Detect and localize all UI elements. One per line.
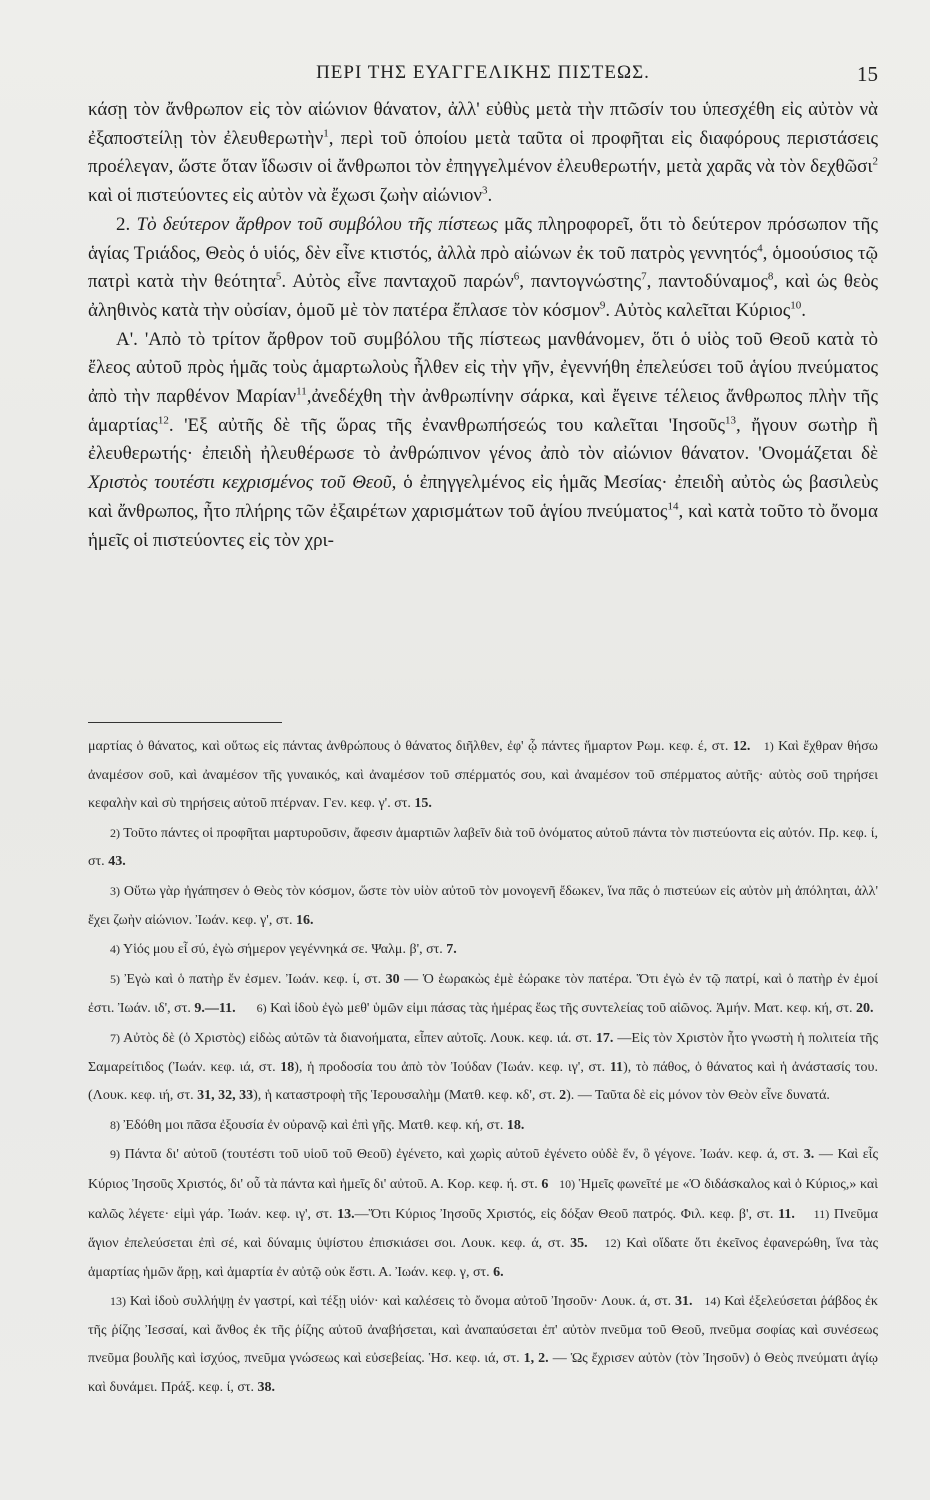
- footnote-13-14: 13) Καὶ ἰδοὺ συλλήψῃ ἐν γαστρί, καὶ τέξῃ…: [88, 1287, 878, 1402]
- footnote-text: μαρτίας ὁ θάνατος, καὶ οὕτως εἰς πάντας …: [88, 739, 733, 754]
- verse-number: 18: [280, 1060, 294, 1075]
- footnote-text: Οὕτω γὰρ ἠγάπησεν ὁ Θεὸς τὸν κόσμον, ὥστ…: [88, 884, 878, 928]
- text-run: . 'Εξ αὐτῆς δὲ τῆς ὥρας τῆς ἐνανθρωπήσεώ…: [169, 415, 725, 436]
- paragraph-continuation: κάσῃ τὸν ἄνθρωπον εἰς τὸν αἰώνιον θάνατο…: [88, 96, 878, 211]
- verse-number: 15.: [414, 796, 432, 811]
- footnote-2: 2) Τοῦτο πάντες οἱ προφῆται μαρτυροῦσιν,…: [88, 819, 878, 877]
- footnote-4: 4) Υἱός μου εἶ σύ, ἐγὼ σήμερον γεγέννηκά…: [88, 935, 878, 965]
- verse-number: 30: [386, 972, 400, 987]
- footnote-marker: 5): [110, 972, 120, 986]
- text-run: , παντοδύναμος: [647, 271, 768, 292]
- verse-number: 11: [610, 1060, 623, 1075]
- page-number: 15: [857, 62, 878, 87]
- footnote-marker: 2): [110, 826, 120, 840]
- footnote-8: 8) Ἐδόθη μοι πᾶσα ἐξουσία ἐν οὐρανῷ καὶ …: [88, 1111, 878, 1141]
- verse-number: 35.: [570, 1236, 588, 1251]
- running-header: ΠΕΡΙ ΤΗΣ ΕΥΑΓΓΕΛΙΚΗΣ ΠΙΣΤΕΩΣ. 15: [88, 62, 878, 90]
- text-run: .: [801, 300, 806, 321]
- footnote-text: Τοῦτο πάντες οἱ προφῆται μαρτυροῦσιν, ἄφ…: [88, 826, 878, 870]
- verse-number: 1, 2.: [524, 1351, 549, 1366]
- footnote-3: 3) Οὕτω γὰρ ἠγάπησεν ὁ Θεὸς τὸν κόσμον, …: [88, 877, 878, 935]
- footnote-text: Ἐδόθη μοι πᾶσα ἐξουσία ἐν οὐρανῷ καὶ ἐπὶ…: [120, 1118, 507, 1133]
- footnotes-section: μαρτίας ὁ θάνατος, καὶ οὕτως εἰς πάντας …: [88, 732, 878, 1403]
- footnote-ref: 10: [790, 300, 801, 312]
- footnote-divider: [88, 722, 282, 723]
- verse-number: 11.: [778, 1207, 795, 1222]
- verse-number: 31, 32, 33: [197, 1088, 253, 1103]
- verse-number: 38.: [258, 1380, 276, 1395]
- footnote-text: ). — Ταῦτα δὲ εἰς μόνον τὸν Θεὸν εἶνε δυ…: [566, 1088, 830, 1103]
- footnote-marker: 1): [764, 739, 774, 753]
- verse-number: 6.: [493, 1265, 504, 1280]
- verse-number: 17.: [596, 1031, 614, 1046]
- footnote-9-10: 9) Πάντα δι' αὐτοῦ (τουτέστι τοῦ υἱοῦ το…: [88, 1140, 878, 1287]
- verse-number: 16.: [296, 913, 314, 928]
- running-title: ΠΕΡΙ ΤΗΣ ΕΥΑΓΓΕΛΙΚΗΣ ΠΙΣΤΕΩΣ.: [88, 62, 878, 84]
- footnote-ref: 11: [296, 386, 307, 398]
- verse-number: 43.: [108, 854, 126, 869]
- verse-number: 7.: [446, 942, 457, 957]
- text-run: .: [487, 185, 492, 206]
- section-number: 2.: [116, 214, 137, 235]
- italic-heading: Τὸ δεύτερον ἄρθρον τοῦ συμβόλου τῆς πίστ…: [137, 214, 498, 235]
- footnote-marker: 6): [257, 1001, 267, 1015]
- verse-number: 6: [541, 1177, 548, 1192]
- footnote-ref: 2: [873, 156, 879, 168]
- verse-number: 9.—11.: [194, 1001, 235, 1016]
- paragraph-third-article: Α'. 'Απὸ τὸ τρίτον ἄρθρον τοῦ συμβόλου τ…: [88, 326, 878, 556]
- footnote-ref: 14: [667, 501, 678, 513]
- text-run: . Αὐτὸς εἶνε πανταχοῦ παρών: [281, 271, 513, 292]
- footnote-marker: 14): [704, 1294, 720, 1308]
- footnote-text: Καὶ ἰδοὺ ἐγὼ μεθ' ὑμῶν εἰμι πάσας τὰς ἡμ…: [267, 1001, 856, 1016]
- text-run: καὶ οἱ πιστεύοντες εἰς αὐτὸν νὰ ἔχωσι ζω…: [88, 185, 482, 206]
- footnote-text: Καὶ ἰδοὺ συλλήψῃ ἐν γαστρί, καὶ τέξῃ υἱό…: [126, 1294, 675, 1309]
- verse-number: 20.: [856, 1001, 874, 1016]
- footnote-text: ), ἡ καταστροφὴ τῆς Ἱερουσαλὴμ (Ματθ. κε…: [253, 1088, 559, 1103]
- footnote-marker: 4): [110, 942, 120, 956]
- italic-term: Χριστὸς τουτέστι κεχρισμένος τοῦ Θεοῦ: [88, 472, 392, 493]
- footnote-marker: 13): [110, 1294, 126, 1308]
- footnote-marker: 12): [605, 1236, 621, 1250]
- footnote-marker: 9): [110, 1147, 120, 1161]
- verse-number: 31.: [675, 1294, 693, 1309]
- footnote-text: Πάντα δι' αὐτοῦ (τουτέστι τοῦ υἱοῦ τοῦ Θ…: [120, 1147, 804, 1162]
- text-run: , παντογνώστης: [519, 271, 641, 292]
- verse-number: 12.: [733, 739, 751, 754]
- footnote-ref: 13: [725, 414, 736, 426]
- text-run: . Αὐτὸς καλεῖται Κύριος: [605, 300, 790, 321]
- footnote-marker: 10): [559, 1177, 575, 1191]
- main-body-text: κάσῃ τὸν ἄνθρωπον εἰς τὸν αἰώνιον θάνατο…: [88, 96, 878, 555]
- verse-number: 18.: [507, 1118, 525, 1133]
- footnote-7: 7) Αὐτὸς δὲ (ὁ Χριστὸς) εἰδὼς αὐτῶν τὰ δ…: [88, 1024, 878, 1111]
- verse-number: 2: [559, 1088, 566, 1103]
- footnote-text: Αὐτὸς δὲ (ὁ Χριστὸς) εἰδὼς αὐτῶν τὰ διαν…: [120, 1031, 596, 1046]
- verse-number: 3.: [804, 1147, 815, 1162]
- verse-number: 13.: [337, 1207, 355, 1222]
- footnote-5-6: 5) Ἐγὼ καὶ ὁ πατὴρ ἕν ἐσμεν. Ἰωάν. κεφ. …: [88, 965, 878, 1024]
- footnote-marker: 11): [814, 1207, 830, 1221]
- footnote-text: Υἱός μου εἶ σύ, ἐγὼ σήμερον γεγέννηκά σε…: [120, 942, 446, 957]
- paragraph-second-article: 2. Τὸ δεύτερον ἄρθρον τοῦ συμβόλου τῆς π…: [88, 211, 878, 326]
- footnote-marker: 7): [110, 1031, 120, 1045]
- footnote-continuation: μαρτίας ὁ θάνατος, καὶ οὕτως εἰς πάντας …: [88, 732, 878, 819]
- footnote-marker: 8): [110, 1118, 120, 1132]
- footnote-text: ), ἡ προδοσία του ἀπὸ τὸν Ἰούδαν (Ἰωάν. …: [294, 1060, 610, 1075]
- footnote-text: —Ὅτι Κύριος Ἰησοῦς Χριστός, εἰς δόξαν Θε…: [355, 1207, 778, 1222]
- footnote-ref: 12: [158, 414, 169, 426]
- footnote-text: Ἐγὼ καὶ ὁ πατὴρ ἕν ἐσμεν. Ἰωάν. κεφ. ί, …: [120, 972, 386, 987]
- scanned-page: ΠΕΡΙ ΤΗΣ ΕΥΑΓΓΕΛΙΚΗΣ ΠΙΣΤΕΩΣ. 15 κάσῃ τὸ…: [0, 0, 930, 1500]
- footnote-marker: 3): [110, 884, 120, 898]
